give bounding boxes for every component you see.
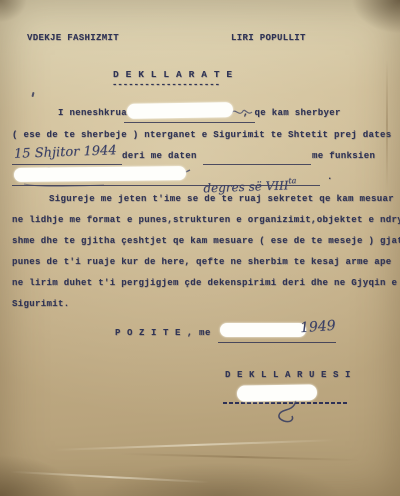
paper-crease-3 [10, 471, 210, 483]
place-date-label: P O Z I T E , me [115, 328, 211, 338]
declarant-label: D E K L L A R U E S I [225, 370, 351, 380]
pledge-line-2: ne lidhje me format e punes,strukturen e… [12, 215, 400, 225]
pledge-line-1: Sigureje me jeten t'ime se de te ruaj se… [49, 194, 394, 204]
paper-crease-4 [386, 60, 388, 190]
redaction-box-function [14, 166, 186, 182]
handwritten-grade-sup: ta [288, 176, 296, 185]
paper-crease-2 [120, 453, 360, 461]
declaration-line4-period: . [327, 172, 333, 182]
pledge-line-6: Sigurimit. [12, 299, 70, 309]
title-underline: -------------------- [112, 80, 220, 90]
declaration-line3-end: me funksien [312, 151, 375, 161]
declaration-line1-post: , qe kam sherbyer [243, 108, 341, 118]
redaction-box-place [220, 323, 306, 337]
header-slogan-right: LIRI POPULLIT [231, 33, 306, 43]
paper-crease-1 [55, 439, 335, 451]
document-title: D E K L L A R A T E [113, 70, 233, 80]
handwritten-grade-text: degres së VIII [203, 178, 289, 195]
pledge-line-5: ne lirim duhet t'i pergjigjem çde dekens… [12, 278, 397, 288]
redaction-box-signature [237, 384, 317, 401]
pledge-line-3: shme dhe te gjitha çeshtjet qe kam mesua… [12, 236, 400, 246]
pledge-line-4: punes de t'i ruaje kur de here, qefte ne… [12, 257, 392, 267]
redaction-box-name [127, 102, 233, 119]
handwritten-year: 1949 [299, 318, 336, 336]
ink-speck [31, 92, 34, 97]
scanned-declaration-document: VDEKJE FASHIZMIT LIRI POPULLIT D E K L L… [0, 0, 400, 496]
header-slogan-left: VDEKJE FASHIZMIT [27, 33, 119, 43]
declaration-line2: ( ese de te sherbeje ) nterganet e Sigur… [12, 130, 392, 140]
